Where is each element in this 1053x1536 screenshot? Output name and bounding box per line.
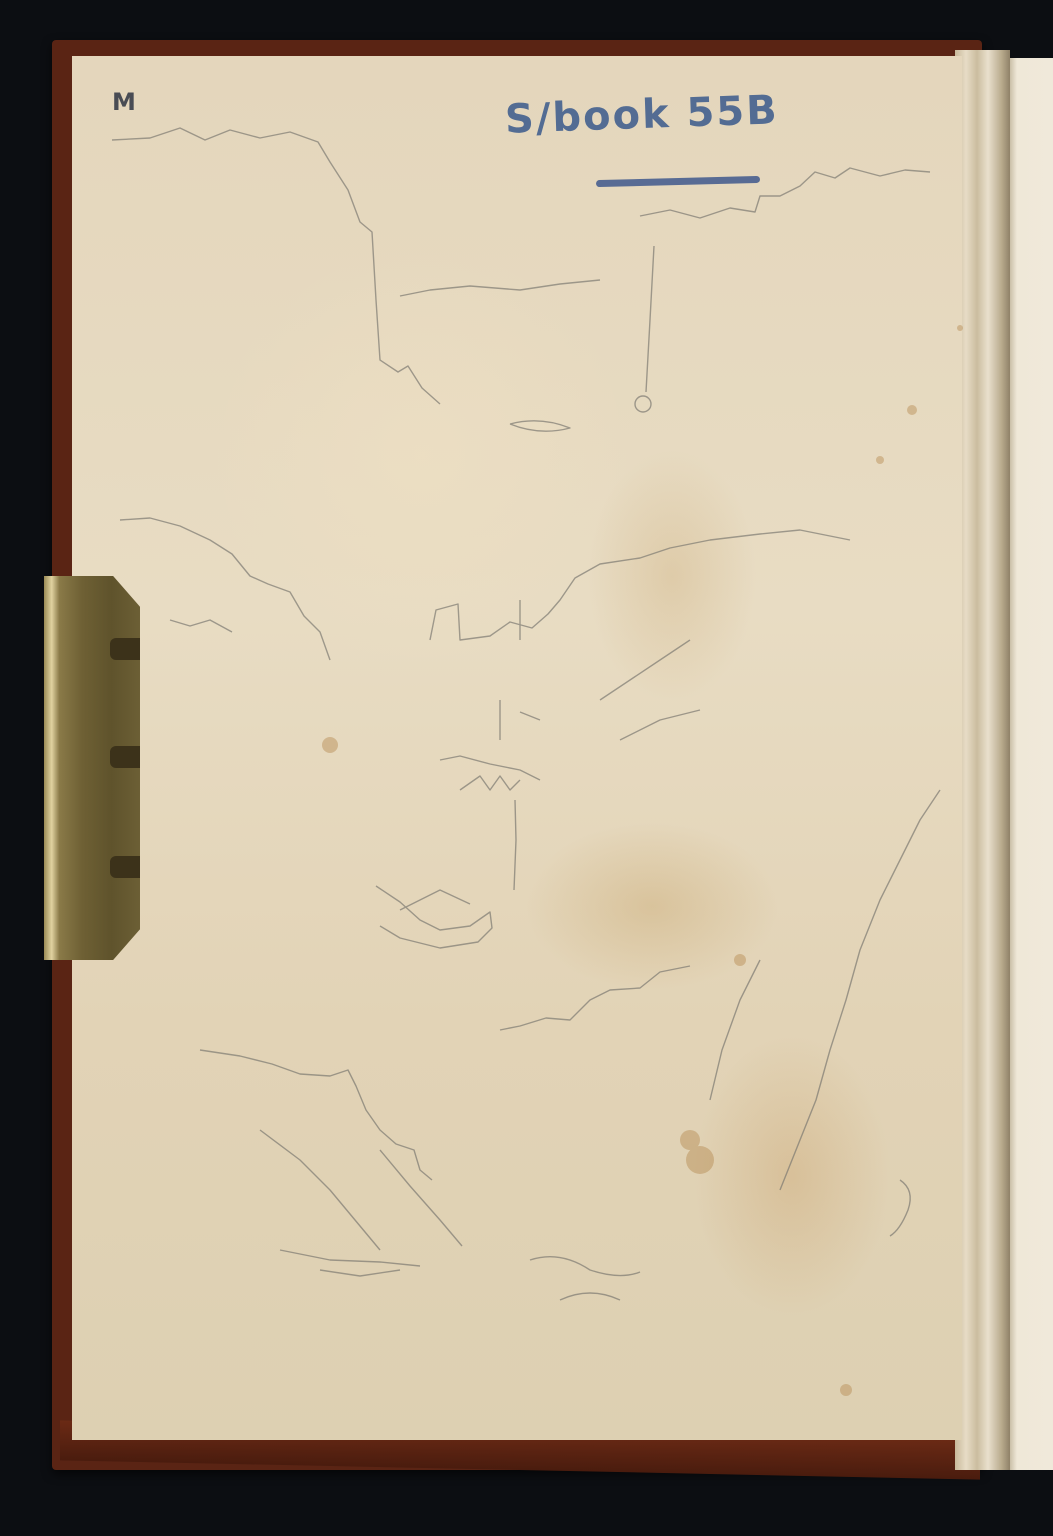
clasp-tab-middle: [110, 746, 144, 768]
pencil-annotation-m: M: [112, 88, 138, 116]
clasp-tab-top: [110, 638, 144, 660]
sketchbook-photo: M S/book 55B: [0, 0, 1053, 1536]
brass-clasp: [44, 576, 140, 960]
pencil-sketches: [0, 0, 1053, 1536]
catalogue-annotation: S/book 55B: [504, 87, 779, 143]
clasp-tab-bottom: [110, 856, 144, 878]
mountain-ridge-sketch: [112, 128, 440, 404]
